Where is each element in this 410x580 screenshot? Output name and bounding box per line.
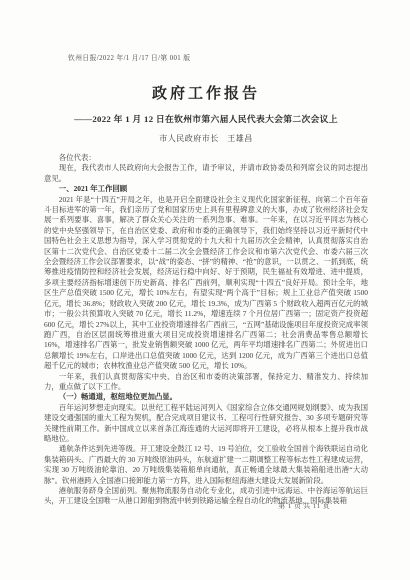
report-subtitle: ——2022 年 1 月 12 日在钦州市第六届人民代表大会第二次会议上	[44, 112, 368, 125]
page-number: 第 1 页 共 11 页	[279, 500, 330, 510]
transition-paragraph: 一年来，我们认真贯彻落实中央、自治区和市委的决策部署，保持定力、精准发力、持续加…	[44, 372, 368, 393]
byline: 市人民政府市长 王雄昌	[44, 133, 368, 144]
review-paragraph: 2021 年是“十四五”开局之年，也是开启全面建设社会主义现代化国家新征程、向第…	[44, 195, 368, 372]
page-title: 政府工作报告	[44, 82, 368, 103]
canal-paragraph: 百年运河梦想走向现实。以世纪工程平陆运河列入《国家综合立体交通网规划纲要》、成为…	[44, 403, 368, 445]
document-page: 钦州日报/2022 年/1 月/17 日/第 001 版 政府工作报告 ——20…	[0, 0, 410, 580]
publication-meta: 钦州日报/2022 年/1 月/17 日/第 001 版	[68, 52, 368, 62]
salutation: 各位代表：	[44, 153, 368, 163]
report-body: 各位代表： 现在，我代表市人民政府向大会报告工作，请予审议，并请市政协委员和列席…	[44, 153, 368, 507]
section-1-heading: 一、2021 年工作回顾	[44, 184, 368, 194]
intro-paragraph: 现在，我代表市人民政府向大会报告工作，请予审议，并请市政协委员和列席会议的同志提…	[44, 163, 368, 184]
navigation-paragraph: 通航条件达到先进等级。开工建设金鼓江 12 号、19 号泊位，交工验收全国首个海…	[44, 444, 368, 486]
subsection-1-heading: （一）畅通道，枢纽地位更加凸显。	[44, 392, 368, 402]
